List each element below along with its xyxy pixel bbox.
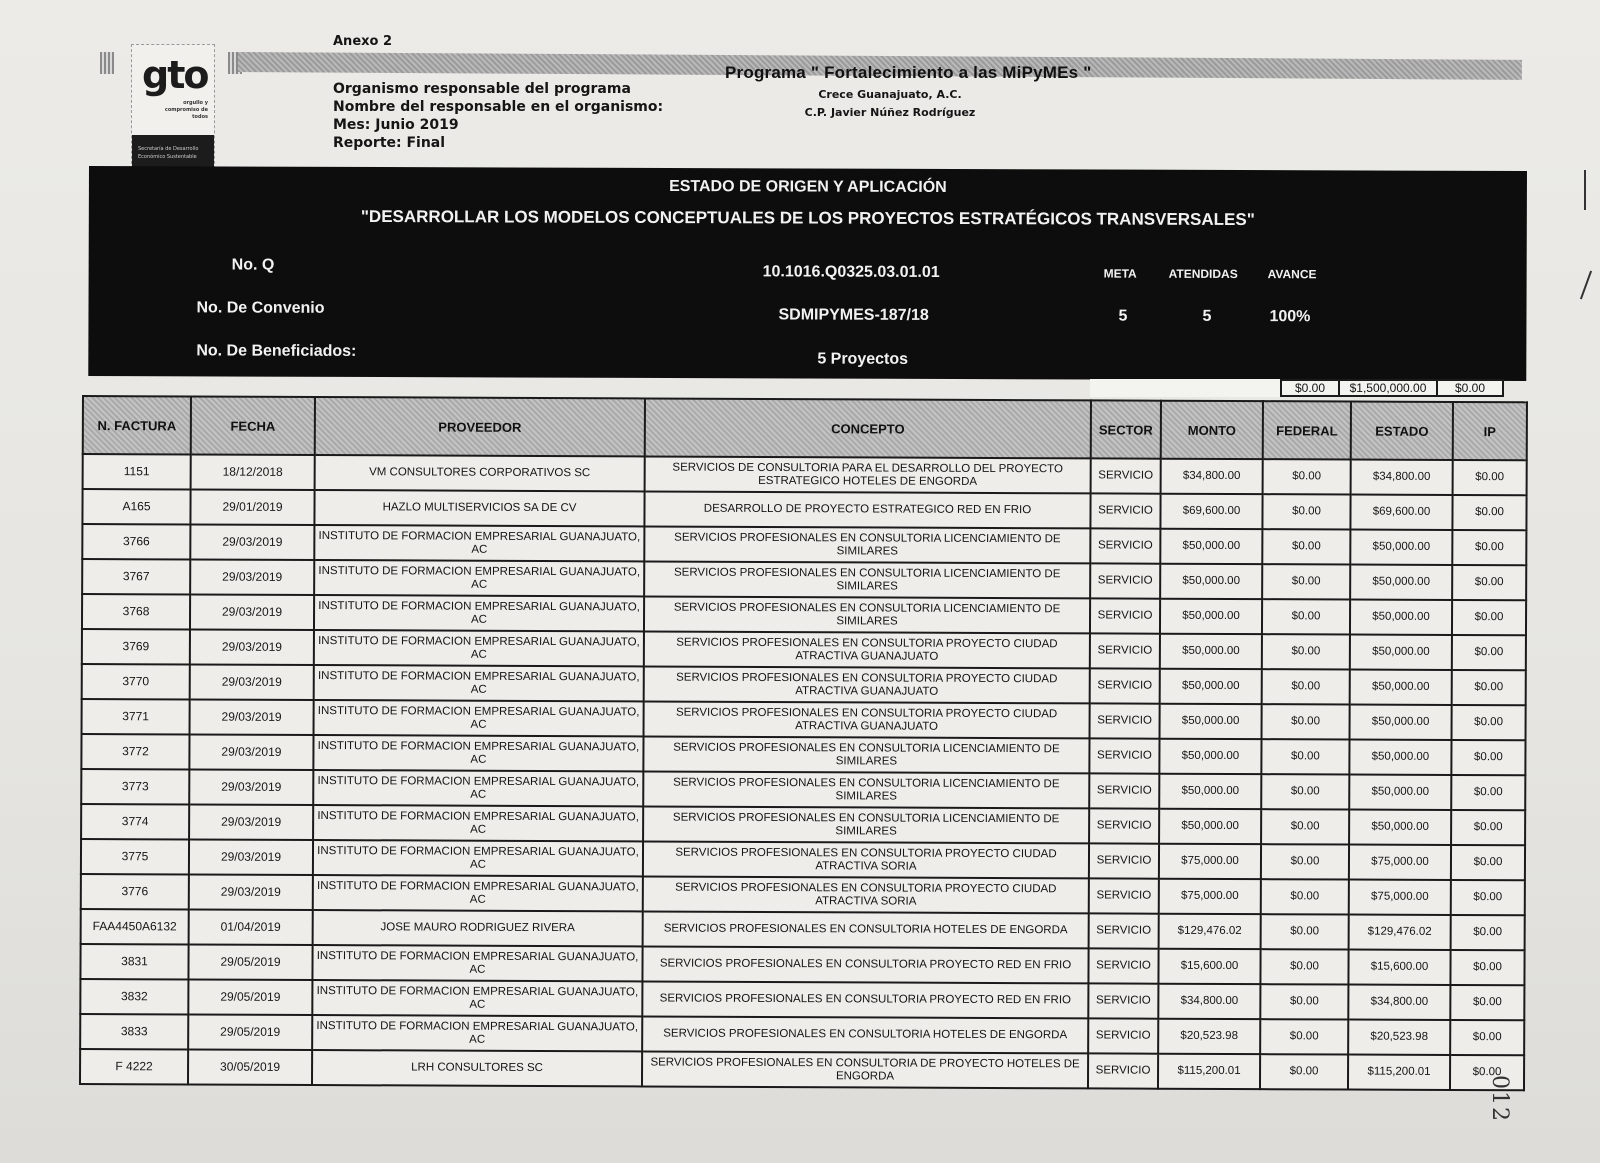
column-header-invoice: N. FACTURA	[83, 396, 191, 454]
column-header-supplier: PROVEEDOR	[315, 397, 645, 456]
banner-title: ESTADO DE ORIGEN Y APLICACIÓN	[89, 176, 1527, 199]
cell-sector: SERVICIO	[1090, 563, 1160, 598]
cell-invoice: 3774	[81, 804, 189, 839]
cell-date: 29/03/2019	[190, 559, 314, 595]
cell-supplier: INSTITUTO DE FORMACION EMPRESARIAL GUANA…	[314, 665, 644, 701]
cell-supplier: LRH CONSULTORES SC	[312, 1050, 642, 1086]
cell-sector: SERVICIO	[1091, 458, 1161, 493]
cell-federal: $0.00	[1262, 564, 1350, 599]
cell-sector: SERVICIO	[1088, 948, 1158, 983]
cell-concept: SERVICIOS PROFESIONALES EN CONSULTORIA L…	[644, 561, 1090, 598]
cell-amount: $50,000.00	[1160, 634, 1262, 669]
cell-concept: SERVICIOS PROFESIONALES EN CONSULTORIA L…	[643, 736, 1089, 773]
cell-invoice: 3776	[81, 874, 189, 909]
meta-value: 5	[1118, 308, 1127, 326]
cell-federal: $0.00	[1260, 949, 1348, 984]
cell-federal: $0.00	[1263, 459, 1351, 494]
cell-amount: $20,523.98	[1158, 1019, 1260, 1054]
cell-date: 29/03/2019	[190, 664, 314, 700]
cell-date: 29/05/2019	[188, 979, 312, 1015]
cell-invoice: 3832	[80, 979, 188, 1014]
cell-amount: $15,600.00	[1158, 949, 1260, 984]
cell-concept: SERVICIOS PROFESIONALES EN CONSULTORIA L…	[643, 806, 1089, 843]
cell-invoice: FAA4450A6132	[81, 909, 189, 944]
cell-supplier: INSTITUTO DE FORMACION EMPRESARIAL GUANA…	[313, 805, 643, 841]
cell-date: 01/04/2019	[189, 909, 313, 945]
cell-state: $15,600.00	[1348, 950, 1450, 985]
cell-ip: $0.00	[1451, 775, 1525, 810]
cell-concept: SERVICIOS PROFESIONALES EN CONSULTORIA L…	[644, 526, 1090, 563]
cell-date: 29/03/2019	[189, 734, 313, 770]
cell-date: 29/03/2019	[189, 839, 313, 875]
cell-supplier: VM CONSULTORES CORPORATIVOS SC	[315, 455, 645, 491]
cell-ip: $0.00	[1452, 705, 1526, 740]
cell-amount: $50,000.00	[1160, 599, 1262, 634]
cell-ip: $0.00	[1450, 950, 1524, 985]
summary-banner: ESTADO DE ORIGEN Y APLICACIÓN "DESARROLL…	[88, 166, 1527, 381]
cell-sector: SERVICIO	[1089, 738, 1159, 773]
column-header-federal: FEDERAL	[1263, 401, 1351, 459]
cell-ip: $0.00	[1452, 495, 1526, 530]
cell-state: $75,000.00	[1349, 845, 1451, 880]
column-header-state: ESTADO	[1351, 402, 1453, 460]
cell-concept: SERVICIOS PROFESIONALES EN CONSULTORIA P…	[644, 666, 1090, 703]
cell-sector: SERVICIO	[1088, 983, 1158, 1018]
convenio-label: No. De Convenio	[196, 299, 324, 317]
column-header-date: FECHA	[191, 396, 315, 455]
column-header-amount: MONTO	[1161, 401, 1263, 459]
cell-sector: SERVICIO	[1089, 843, 1159, 878]
cell-invoice: 3769	[82, 629, 190, 664]
cell-date: 29/01/2019	[190, 489, 314, 525]
cell-invoice: 3768	[82, 594, 190, 629]
cell-sector: SERVICIO	[1089, 808, 1159, 843]
cell-state: $69,600.00	[1350, 495, 1452, 530]
cell-date: 29/05/2019	[188, 1014, 312, 1050]
total-federal: $0.00	[1280, 379, 1340, 397]
cell-amount: $50,000.00	[1159, 774, 1261, 809]
cell-state: $20,523.98	[1348, 1020, 1450, 1055]
beneficiados-value: 5 Proyectos	[817, 351, 908, 369]
cell-supplier: INSTITUTO DE FORMACION EMPRESARIAL GUANA…	[312, 945, 642, 981]
column-header-concept: CONCEPTO	[645, 398, 1091, 458]
logo-slogan: orgullo y compromiso de todos	[158, 100, 208, 121]
cell-date: 29/03/2019	[190, 524, 314, 560]
total-estado: $1,500,000.00	[1338, 379, 1438, 397]
no-q-value: 10.1016.Q0325.03.01.01	[763, 263, 940, 282]
gto-logo: gto orgullo y compromiso de todos Secret…	[131, 44, 215, 174]
cell-supplier: INSTITUTO DE FORMACION EMPRESARIAL GUANA…	[312, 980, 642, 1016]
cell-state: $75,000.00	[1349, 880, 1451, 915]
cell-state: $115,200.01	[1348, 1055, 1450, 1090]
cell-ip: $0.00	[1451, 740, 1525, 775]
cell-invoice: F 4222	[80, 1049, 188, 1084]
avance-label: AVANCE	[1268, 267, 1317, 281]
cell-ip: $0.00	[1452, 635, 1526, 670]
cell-invoice: 3773	[81, 769, 189, 804]
cell-date: 29/03/2019	[189, 804, 313, 840]
cell-federal: $0.00	[1262, 494, 1350, 529]
atendidas-label: ATENDIDAS	[1169, 267, 1238, 281]
cell-federal: $0.00	[1261, 809, 1349, 844]
cell-invoice: 3767	[82, 559, 190, 594]
cell-concept: SERVICIOS PROFESIONALES EN CONSULTORIA L…	[644, 596, 1090, 633]
cell-federal: $0.00	[1262, 704, 1350, 739]
cell-invoice: 3772	[81, 734, 189, 769]
banner-subtitle: "DESARROLLAR LOS MODELOS CONCEPTUALES DE…	[89, 206, 1527, 231]
cell-date: 30/05/2019	[188, 1049, 312, 1085]
table-header-row: N. FACTURAFECHAPROVEEDORCONCEPTOSECTORMO…	[83, 396, 1527, 460]
cell-amount: $50,000.00	[1159, 809, 1261, 844]
responsable-value: C.P. Javier Núñez Rodríguez	[800, 104, 980, 122]
cell-supplier: INSTITUTO DE FORMACION EMPRESARIAL GUANA…	[313, 875, 643, 911]
convenio-value: SDMIPYMES-187/18	[778, 306, 928, 325]
cell-concept: SERVICIOS PROFESIONALES EN CONSULTORIA P…	[644, 701, 1090, 738]
cell-concept: SERVICIOS PROFESIONALES EN CONSULTORIA H…	[643, 911, 1089, 948]
meta-label: META	[1104, 267, 1137, 281]
cell-amount: $115,200.01	[1158, 1054, 1260, 1089]
report-meta-labels: Organismo responsable del programa Nombr…	[333, 80, 663, 152]
cell-sector: SERVICIO	[1088, 1053, 1158, 1088]
cell-ip: $0.00	[1451, 880, 1525, 915]
cell-state: $50,000.00	[1349, 810, 1451, 845]
cell-amount: $34,800.00	[1161, 459, 1263, 494]
cell-concept: DESARROLLO DE PROYECTO ESTRATEGICO RED E…	[644, 491, 1090, 528]
cell-date: 29/03/2019	[190, 629, 314, 665]
cell-sector: SERVICIO	[1090, 633, 1160, 668]
cell-state: $50,000.00	[1350, 600, 1452, 635]
cell-date: 29/03/2019	[190, 594, 314, 630]
cell-amount: $50,000.00	[1160, 529, 1262, 564]
avance-value: 100%	[1269, 308, 1310, 326]
cell-supplier: INSTITUTO DE FORMACION EMPRESARIAL GUANA…	[314, 630, 644, 666]
program-title: Programa " Fortalecimiento a las MiPyMEs…	[725, 63, 1092, 83]
cell-supplier: INSTITUTO DE FORMACION EMPRESARIAL GUANA…	[313, 735, 643, 771]
cell-invoice: 3831	[80, 944, 188, 979]
cell-sector: SERVICIO	[1088, 1018, 1158, 1053]
cell-state: $129,476.02	[1349, 915, 1451, 950]
cell-invoice: A165	[82, 489, 190, 524]
totals-band	[1090, 379, 1280, 397]
cell-supplier: INSTITUTO DE FORMACION EMPRESARIAL GUANA…	[314, 700, 644, 736]
cell-federal: $0.00	[1261, 774, 1349, 809]
cell-supplier: INSTITUTO DE FORMACION EMPRESARIAL GUANA…	[314, 560, 644, 596]
cell-invoice: 3770	[82, 664, 190, 699]
cell-federal: $0.00	[1262, 634, 1350, 669]
reporte-label: Reporte: Final	[333, 134, 663, 152]
cell-state: $34,800.00	[1348, 985, 1450, 1020]
no-q-label: No. Q	[232, 256, 275, 274]
cell-federal: $0.00	[1262, 599, 1350, 634]
cell-state: $50,000.00	[1350, 670, 1452, 705]
cell-amount: $75,000.00	[1159, 879, 1261, 914]
qr-code-icon	[100, 52, 114, 74]
cell-ip: $0.00	[1451, 845, 1525, 880]
cell-state: $50,000.00	[1350, 530, 1452, 565]
cell-ip: $0.00	[1451, 915, 1525, 950]
cell-amount: $50,000.00	[1160, 564, 1262, 599]
anexo-label: Anexo 2	[333, 34, 392, 49]
cell-concept: SERVICIOS PROFESIONALES EN CONSULTORIA D…	[642, 1051, 1088, 1088]
cell-concept: SERVICIOS PROFESIONALES EN CONSULTORIA P…	[642, 946, 1088, 983]
organismo-value: Crece Guanajuato, A.C.	[800, 86, 980, 104]
cell-state: $50,000.00	[1349, 775, 1451, 810]
cell-supplier: HAZLO MULTISERVICIOS SA DE CV	[314, 490, 644, 526]
cell-sector: SERVICIO	[1089, 773, 1159, 808]
cell-date: 29/03/2019	[190, 699, 314, 735]
cell-amount: $50,000.00	[1160, 669, 1262, 704]
cell-supplier: INSTITUTO DE FORMACION EMPRESARIAL GUANA…	[314, 525, 644, 561]
table-row: F 422230/05/2019LRH CONSULTORES SCSERVIC…	[80, 1049, 1524, 1090]
cell-ip: $0.00	[1452, 530, 1526, 565]
cell-federal: $0.00	[1262, 529, 1350, 564]
cell-sector: SERVICIO	[1090, 703, 1160, 738]
cell-concept: SERVICIOS PROFESIONALES EN CONSULTORIA L…	[643, 771, 1089, 808]
cell-federal: $0.00	[1260, 1054, 1348, 1089]
cell-amount: $75,000.00	[1159, 844, 1261, 879]
cell-date: 29/03/2019	[189, 874, 313, 910]
cell-sector: SERVICIO	[1089, 878, 1159, 913]
cell-supplier: INSTITUTO DE FORMACION EMPRESARIAL GUANA…	[314, 595, 644, 631]
report-meta-values: Crece Guanajuato, A.C. C.P. Javier Núñez…	[800, 86, 980, 122]
cell-supplier: INSTITUTO DE FORMACION EMPRESARIAL GUANA…	[312, 1015, 642, 1051]
cell-state: $50,000.00	[1350, 635, 1452, 670]
cell-ip: $0.00	[1450, 985, 1524, 1020]
cell-amount: $50,000.00	[1159, 739, 1261, 774]
cell-state: $50,000.00	[1349, 740, 1451, 775]
cell-state: $50,000.00	[1350, 565, 1452, 600]
cell-invoice: 1151	[83, 454, 191, 489]
cell-sector: SERVICIO	[1090, 668, 1160, 703]
cell-invoice: 3833	[80, 1014, 188, 1049]
cell-concept: SERVICIOS PROFESIONALES EN CONSULTORIA P…	[643, 841, 1089, 878]
cell-concept: SERVICIOS PROFESIONALES EN CONSULTORIA H…	[642, 1016, 1088, 1053]
cell-sector: SERVICIO	[1089, 913, 1159, 948]
cell-concept: SERVICIOS PROFESIONALES EN CONSULTORIA P…	[644, 631, 1090, 668]
pen-mark	[1580, 271, 1592, 300]
cell-federal: $0.00	[1260, 1019, 1348, 1054]
atendidas-value: 5	[1202, 308, 1211, 326]
beneficiados-label: No. De Beneficiados:	[196, 342, 356, 361]
cell-ip: $0.00	[1452, 600, 1526, 635]
cell-state: $50,000.00	[1350, 705, 1452, 740]
cell-sector: SERVICIO	[1090, 493, 1160, 528]
cell-federal: $0.00	[1261, 844, 1349, 879]
cell-concept: SERVICIOS PROFESIONALES EN CONSULTORIA P…	[643, 876, 1089, 913]
responsable-label: Nombre del responsable en el organismo:	[333, 98, 663, 116]
cell-amount: $69,600.00	[1160, 494, 1262, 529]
mes-label: Mes: Junio 2019	[333, 116, 663, 134]
cell-date: 29/03/2019	[189, 769, 313, 805]
handwritten-page-number: 012	[1487, 1075, 1512, 1123]
cell-invoice: 3775	[81, 839, 189, 874]
cell-amount: $50,000.00	[1160, 704, 1262, 739]
cell-date: 18/12/2018	[191, 454, 315, 490]
cell-sector: SERVICIO	[1090, 528, 1160, 563]
column-header-ip: IP	[1453, 402, 1527, 460]
cell-supplier: JOSE MAURO RODRIGUEZ RIVERA	[313, 910, 643, 946]
cell-federal: $0.00	[1261, 739, 1349, 774]
organismo-label: Organismo responsable del programa	[333, 80, 663, 98]
pen-mark	[1584, 170, 1586, 210]
cell-supplier: INSTITUTO DE FORMACION EMPRESARIAL GUANA…	[313, 840, 643, 876]
cell-ip: $0.00	[1451, 810, 1525, 845]
total-ip: $0.00	[1436, 379, 1504, 397]
cell-amount: $129,476.02	[1159, 914, 1261, 949]
scanned-document-page: gto orgullo y compromiso de todos Secret…	[0, 0, 1600, 1163]
cell-concept: SERVICIOS DE CONSULTORIA PARA EL DESARRO…	[645, 456, 1091, 493]
cell-amount: $34,800.00	[1158, 984, 1260, 1019]
cell-ip: $0.00	[1452, 670, 1526, 705]
cell-federal: $0.00	[1261, 879, 1349, 914]
logo-mark: gto	[142, 55, 207, 95]
cell-state: $34,800.00	[1351, 460, 1453, 495]
column-header-sector: SECTOR	[1091, 400, 1161, 458]
cell-sector: SERVICIO	[1090, 598, 1160, 633]
cell-concept: SERVICIOS PROFESIONALES EN CONSULTORIA P…	[642, 981, 1088, 1018]
cell-federal: $0.00	[1262, 669, 1350, 704]
cell-federal: $0.00	[1261, 914, 1349, 949]
cell-date: 29/05/2019	[188, 944, 312, 980]
cell-supplier: INSTITUTO DE FORMACION EMPRESARIAL GUANA…	[313, 770, 643, 806]
cell-ip: $0.00	[1450, 1020, 1524, 1055]
expenses-table: N. FACTURAFECHAPROVEEDORCONCEPTOSECTORMO…	[79, 395, 1526, 1091]
cell-invoice: 3771	[82, 699, 190, 734]
cell-ip: $0.00	[1452, 565, 1526, 600]
cell-invoice: 3766	[82, 524, 190, 559]
cell-federal: $0.00	[1260, 984, 1348, 1019]
cell-ip: $0.00	[1453, 460, 1527, 495]
